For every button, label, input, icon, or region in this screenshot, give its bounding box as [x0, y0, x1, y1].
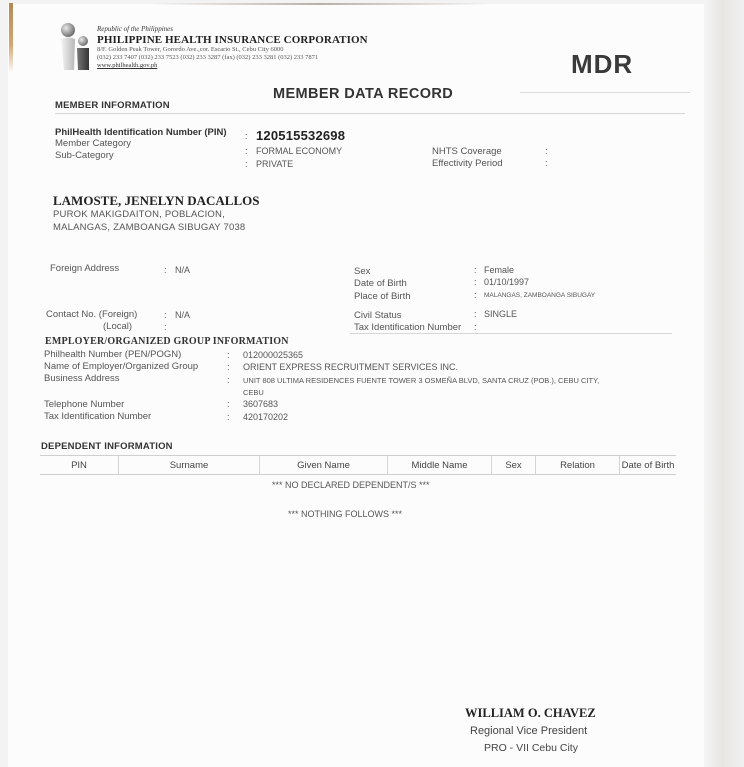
page-shadow: [150, 3, 490, 5]
colon: :: [545, 158, 548, 168]
dependents-table: PIN Surname Given Name Middle Name Sex R…: [40, 455, 676, 475]
employer-name-label: Name of Employer/Organized Group: [44, 361, 198, 372]
colon: :: [474, 265, 477, 275]
member-name: LAMOSTE, JENELYN DACALLOS: [53, 193, 259, 209]
republic-text: Republic of the Philippines: [97, 25, 173, 33]
foreign-address-label: Foreign Address: [50, 263, 119, 274]
member-address-line1: PUROK MAKIGDAITON, POBLACION,: [53, 209, 225, 220]
employer-name-value: ORIENT EXPRESS RECRUITMENT SERVICES INC.: [243, 362, 458, 372]
column-header: PIN: [40, 456, 119, 475]
corporation-name: PHILIPPINE HEALTH INSURANCE CORPORATION: [97, 34, 368, 46]
sub-category-label: Sub-Category: [55, 150, 114, 161]
pin-value: 120515532698: [256, 128, 345, 143]
employer-tin-value: 420170202: [243, 412, 288, 422]
colon: :: [227, 350, 230, 360]
colon: :: [474, 290, 477, 300]
contact-foreign-label: Contact No. (Foreign): [46, 309, 137, 320]
signatory-name: WILLIAM O. CHAVEZ: [465, 706, 596, 721]
pen-value: 012000025365: [243, 350, 303, 360]
member-address-line2: MALANGAS, ZAMBOANGA SIBUGAY 7038: [53, 222, 245, 233]
corporation-address: 8/F. Golden Peak Tower, Gorordo Ave.,cor…: [97, 46, 283, 53]
column-header: Relation: [536, 456, 620, 475]
document-page: [8, 4, 704, 767]
colon: :: [227, 412, 230, 422]
signatory-office: PRO - VII Cebu City: [484, 742, 578, 754]
colon: :: [245, 146, 248, 156]
corporation-phones: (032) 233 7407 (032) 233 7523 (032) 233 …: [97, 54, 318, 61]
column-header: Given Name: [260, 456, 388, 475]
nhts-label: NHTS Coverage: [432, 146, 502, 157]
page-edge-left: [9, 3, 13, 73]
section-dependent-info: DEPENDENT INFORMATION: [41, 441, 173, 452]
member-tin-label: Tax Identification Number: [354, 322, 461, 333]
column-header: Date of Birth: [620, 456, 677, 475]
colon: :: [164, 310, 167, 320]
sex-value: Female: [484, 265, 514, 275]
doc-code: MDR: [571, 49, 633, 80]
employer-phone-value: 3607683: [243, 399, 278, 409]
business-address-line1: UNIT 808 ULTIMA RESIDENCES FUENTE TOWER …: [243, 376, 599, 385]
employer-phone-label: Telephone Number: [44, 399, 124, 410]
dob-value: 01/10/1997: [484, 277, 529, 287]
sub-category-value: PRIVATE: [256, 159, 293, 169]
contact-local-label: (Local): [103, 321, 132, 332]
dob-label: Date of Birth: [354, 278, 407, 289]
colon: :: [245, 131, 248, 141]
colon: :: [545, 146, 548, 156]
effectivity-label: Effectivity Period: [432, 158, 503, 169]
contact-foreign-value: N/A: [175, 310, 190, 320]
pen-label: Philhealth Number (PEN/POGN): [44, 349, 181, 360]
section-employer-info: EMPLOYER/ORGANIZED GROUP INFORMATION: [45, 336, 289, 347]
sex-label: Sex: [354, 266, 370, 277]
colon: :: [474, 322, 477, 332]
colon: :: [227, 362, 230, 372]
page-title: MEMBER DATA RECORD: [273, 86, 453, 102]
colon: :: [474, 277, 477, 287]
colon: :: [164, 265, 167, 275]
colon: :: [227, 399, 230, 409]
column-header: Middle Name: [388, 456, 492, 475]
business-address-label: Business Address: [44, 373, 120, 384]
page-edge-right: [705, 0, 744, 767]
civil-status-label: Civil Status: [354, 310, 402, 321]
business-address-line2: CEBU: [243, 388, 264, 397]
philhealth-logo-icon: [58, 22, 96, 72]
employer-tin-label: Tax Identification Number: [44, 411, 151, 422]
foreign-address-value: N/A: [175, 265, 190, 275]
divider: [520, 92, 690, 93]
divider: [350, 333, 672, 334]
civil-status-value: SINGLE: [484, 309, 517, 319]
pob-value: MALANGAS, ZAMBOANGA SIBUGAY: [484, 292, 595, 299]
signatory-title: Regional Vice President: [470, 725, 587, 737]
colon: :: [474, 309, 477, 319]
no-dependents-note: *** NO DECLARED DEPENDENT/S ***: [272, 480, 430, 490]
pin-label: PhilHealth Identification Number (PIN): [55, 127, 227, 138]
website-link[interactable]: www.philhealth.gov.ph: [97, 62, 157, 69]
table-header-row: PIN Surname Given Name Middle Name Sex R…: [40, 456, 676, 475]
divider: [55, 113, 685, 114]
nothing-follows-note: *** NOTHING FOLLOWS ***: [288, 509, 402, 519]
member-category-label: Member Category: [55, 138, 131, 149]
column-header: Surname: [119, 456, 260, 475]
colon: :: [227, 375, 230, 385]
section-member-info: MEMBER INFORMATION: [55, 100, 170, 111]
column-header: Sex: [492, 456, 536, 475]
colon: :: [245, 159, 248, 169]
pob-label: Place of Birth: [354, 291, 411, 302]
member-category-value: FORMAL ECONOMY: [256, 146, 342, 156]
colon: :: [164, 322, 167, 332]
